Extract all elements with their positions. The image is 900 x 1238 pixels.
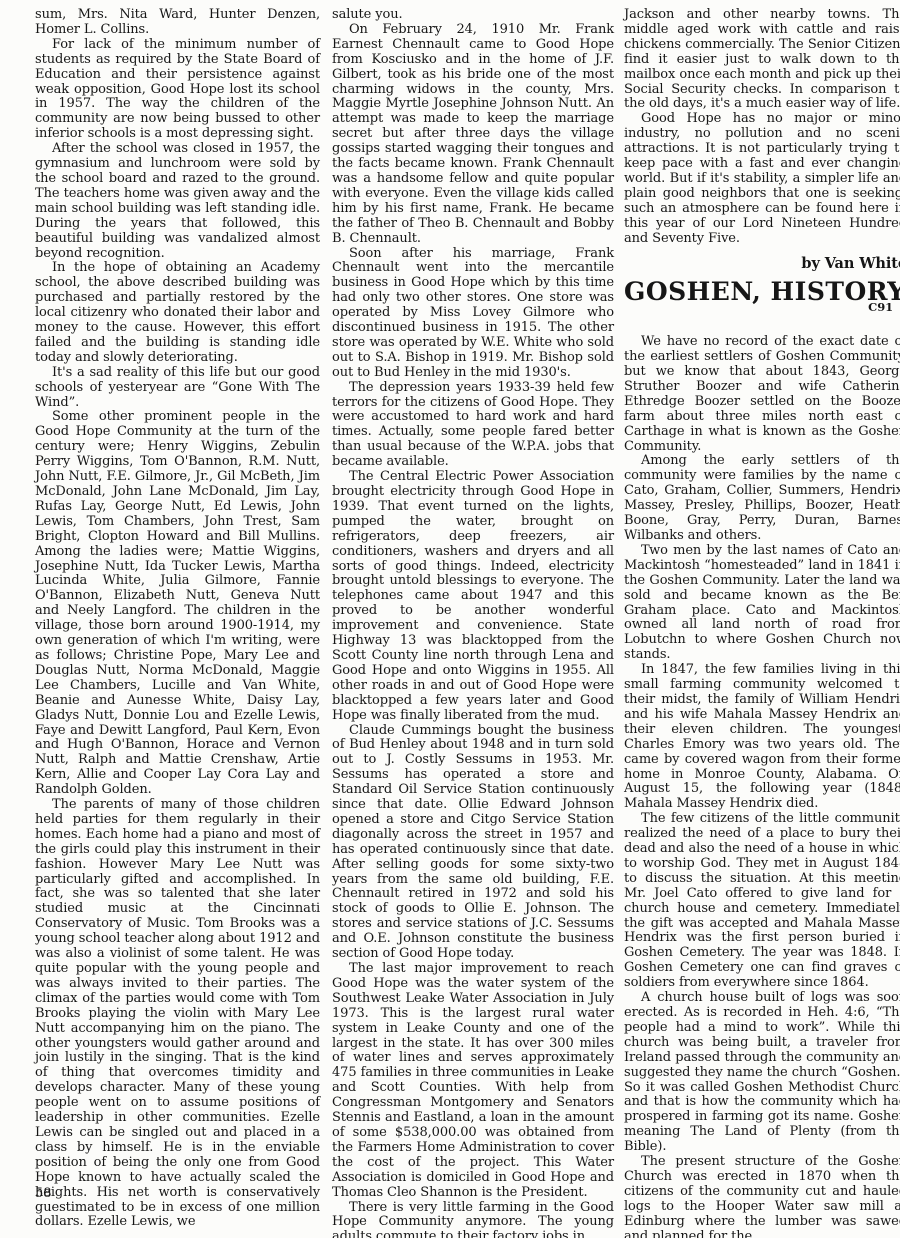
paragraph: A church house built of logs was soon er… [624,991,900,1155]
page-number: 58 [35,1186,52,1201]
paragraph: We have no record of the exact date of t… [624,335,900,454]
paragraph: For lack of the minimum number of studen… [35,38,320,142]
column-3: Jackson and other nearby towns. The midd… [624,8,900,1238]
paragraph: Jackson and other nearby towns. The midd… [624,8,900,112]
paragraph: Claude Cummings bought the business of B… [332,724,614,963]
paragraph: Soon after his marriage, Frank Chennault… [332,247,614,381]
column-1: sum, Mrs. Nita Ward, Hunter Denzen, Home… [35,8,320,1230]
paragraph: Good Hope has no major or minor industry… [624,112,900,246]
paragraph: There is very little farming in the Good… [332,1201,614,1238]
paragraph: It's a sad reality of this life but our … [35,366,320,411]
paragraph: Two men by the last names of Cato and Ma… [624,544,900,663]
paragraph: Among the early settlers of the communit… [624,454,900,543]
byline: by Van White [624,257,900,272]
paragraph: The last major improvement to reach Good… [332,962,614,1201]
paragraph: In 1847, the few families living in this… [624,663,900,812]
paragraph: After the school was closed in 1957, the… [35,142,320,261]
paragraph: On February 24, 1910 Mr. Frank Earnest C… [332,23,614,247]
book-page: sum, Mrs. Nita Ward, Hunter Denzen, Home… [0,0,900,1238]
paragraph: salute you. [332,8,614,23]
paragraph: Some other prominent people in the Good … [35,410,320,798]
paragraph: The present structure of the Goshen Chur… [624,1155,900,1238]
paragraph: The Central Electric Power Association b… [332,470,614,723]
paragraph: The depression years 1933-39 held few te… [332,381,614,470]
article-title: GOSHEN, HISTORY OF [624,285,900,300]
column-2: salute you. On February 24, 1910 Mr. Fra… [332,8,614,1238]
paragraph: The few citizens of the little community… [624,812,900,991]
paragraph: The parents of many of those children he… [35,798,320,1230]
paragraph: In the hope of obtaining an Academy scho… [35,261,320,365]
paragraph: sum, Mrs. Nita Ward, Hunter Denzen, Home… [35,8,320,38]
